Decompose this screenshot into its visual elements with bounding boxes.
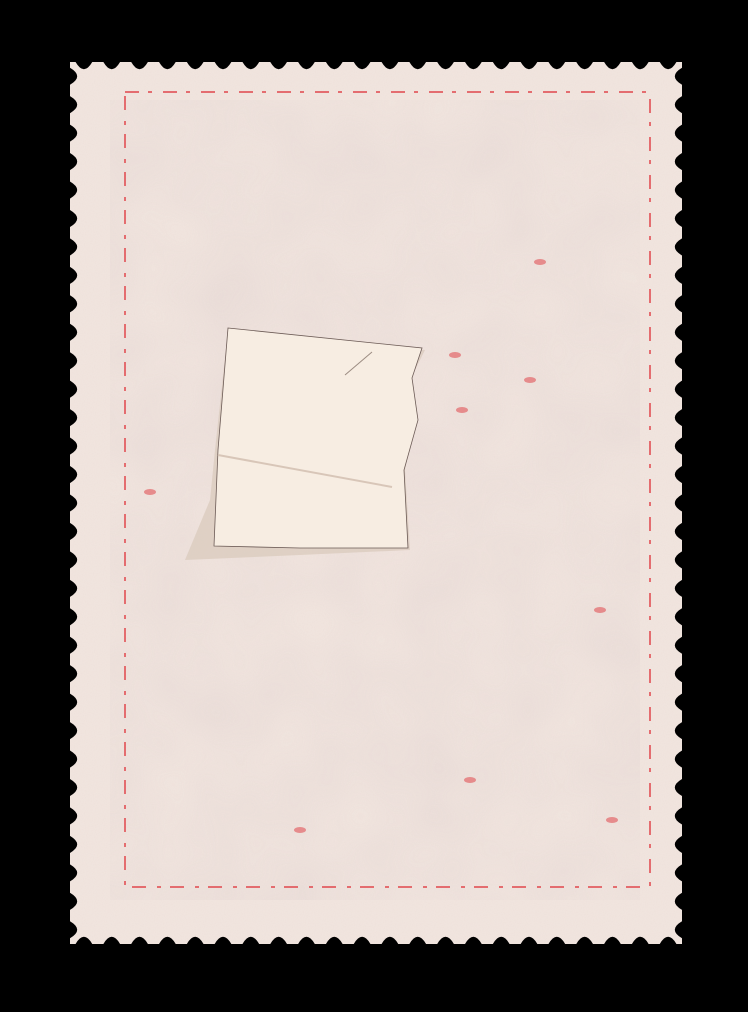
stamp-illustration (0, 0, 748, 1012)
stamp-paper (70, 62, 682, 944)
